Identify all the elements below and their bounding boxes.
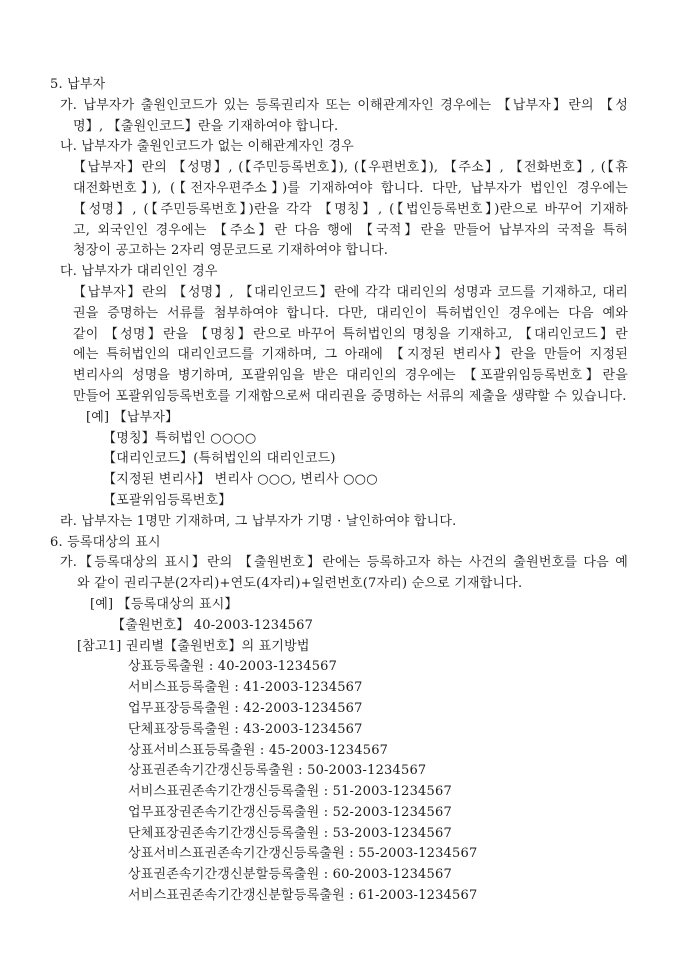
example-payer-agent-code-field: 【대리인코드】(특허법인의 대리인코드) <box>0 449 680 470</box>
item-na-paragraph-line: 【납부자】란의 【성명】, (【주민등록번호】), (【우편번호】), 【주소】… <box>0 158 680 179</box>
reference-item-service-mark: 서비스표등록출원 : 41-2003-1234567 <box>0 678 680 699</box>
example-payer-name-field: 【명칭】특허법인 ○○○○ <box>0 429 680 450</box>
reference-item-service-mark-renewal: 서비스표권존속기간갱신등록출원 : 51-2003-1234567 <box>0 782 680 803</box>
item-da-paragraph-line: 【납부자】란의 【성명】, 【대리인코드】란에 각각 대리인의 성명과 코드를 … <box>0 283 680 304</box>
item-ga-continuation: 와 같이 권리구분(2자리)+연도(4자리)+일련번호(7자리) 순으로 기재합… <box>0 574 680 595</box>
item-na-paragraph-line: 대전화번호】), (【전자우편주소】)를 기재하여야 합니다. 다만, 납부자가… <box>0 179 680 200</box>
reference-item-business-emblem: 업무표장등록출원 : 42-2003-1234567 <box>0 699 680 720</box>
example-application-number: 【출원번호】 40-2003-1234567 <box>0 616 680 637</box>
example-target-label: [예] 【등록대상의 표시】 <box>0 595 680 616</box>
example-payer-label: [예] 【납부자】 <box>0 408 680 429</box>
example-payer-designated-attorney-field: 【지정된 변리사】 변리사 ○○○, 변리사 ○○○ <box>0 470 680 491</box>
reference-item-collective-mark-renewal: 단체표장권존속기간갱신등록출원 : 53-2003-1234567 <box>0 824 680 845</box>
item-na-paragraph-line: 【성명】, (【주민등록번호】)란을 각각 【명칭】, (【법인등록번호】)란으… <box>0 200 680 221</box>
reference-item-trademark-service-mark: 상표서비스표등록출원 : 45-2003-1234567 <box>0 741 680 762</box>
item-da-paragraph-line: 권을 증명하는 서류를 첨부하여야 합니다. 다만, 대리인이 특허법인인 경우… <box>0 304 680 325</box>
item-da-heading: 다. 납부자가 대리인인 경우 <box>0 262 680 283</box>
reference-item-trademark-service-mark-renewal: 상표서비스표권존속기간갱신등록출원 : 55-2003-1234567 <box>0 844 680 865</box>
section-payer: 5. 납부자 가. 납부자가 출원인코드가 있는 등록권리자 또는 이해관계자인… <box>0 75 680 533</box>
example-payer-poa-number-field: 【포괄위임등록번호】 <box>0 491 680 512</box>
reference-item-trademark-renewal-division: 상표권존속기간갱신분할등록출원 : 60-2003-1234567 <box>0 865 680 886</box>
item-ga-line: 가. 납부자가 출원인코드가 있는 등록권리자 또는 이해관계자인 경우에는 【… <box>0 96 680 117</box>
item-ga-continuation: 명】, 【출원인코드】란을 기재하여야 합니다. <box>0 117 680 138</box>
item-na-paragraph-line: 고, 외국인인 경우에는 【주소】란 다음 행에 【국적】란을 만들어 납부자의… <box>0 221 680 242</box>
item-da-paragraph-line: 만들어 포괄위임등록번호를 기재함으로써 대리권을 증명하는 서류의 제출을 생… <box>0 387 680 408</box>
item-na-paragraph-line: 청장이 공고하는 2자리 영문코드로 기재하여야 합니다. <box>0 241 680 262</box>
section-5-heading: 5. 납부자 <box>0 75 680 96</box>
section-6-heading: 6. 등록대상의 표시 <box>0 533 680 554</box>
reference-item-business-emblem-renewal: 업무표장권존속기간갱신등록출원 : 52-2003-1234567 <box>0 803 680 824</box>
item-ra-line: 라. 납부자는 1명만 기재하며, 그 납부자가 기명 · 날인하여야 합니다. <box>0 512 680 533</box>
reference-item-trademark: 상표등록출원 : 40-2003-1234567 <box>0 657 680 678</box>
item-da-paragraph-line: 변리사의 성명을 병기하며, 포괄위임을 받은 대리인의 경우에는 【포괄위임등… <box>0 366 680 387</box>
reference-item-collective-mark: 단체표장등록출원 : 43-2003-1234567 <box>0 720 680 741</box>
item-ga-line: 가.【등록대상의 표시】란의 【출원번호】란에는 등록하고자 하는 사건의 출원… <box>0 553 680 574</box>
reference-item-service-mark-renewal-division: 서비스표권존속기간갱신분할등록출원 : 61-2003-1234567 <box>0 886 680 907</box>
reference-item-trademark-renewal: 상표권존속기간갱신등록출원 : 50-2003-1234567 <box>0 761 680 782</box>
item-da-paragraph-line: 에는 특허법인의 대리인코드를 기재하며, 그 아래에 【지정된 변리사】란을 … <box>0 345 680 366</box>
document-content: 5. 납부자 가. 납부자가 출원인코드가 있는 등록권리자 또는 이해관계자인… <box>0 0 680 907</box>
document-page: 5. 납부자 가. 납부자가 출원인코드가 있는 등록권리자 또는 이해관계자인… <box>0 0 680 962</box>
item-na-heading: 나. 납부자가 출원인코드가 없는 이해관계자인 경우 <box>0 137 680 158</box>
item-da-paragraph-line: 같이 【성명】란을 【명칭】란으로 바꾸어 특허법인의 명칭을 기재하고, 【대… <box>0 325 680 346</box>
reference-1-heading: [참고1] 권리별【출원번호】의 표기방법 <box>0 637 680 658</box>
section-registration-target: 6. 등록대상의 표시 가.【등록대상의 표시】란의 【출원번호】란에는 등록하… <box>0 533 680 907</box>
